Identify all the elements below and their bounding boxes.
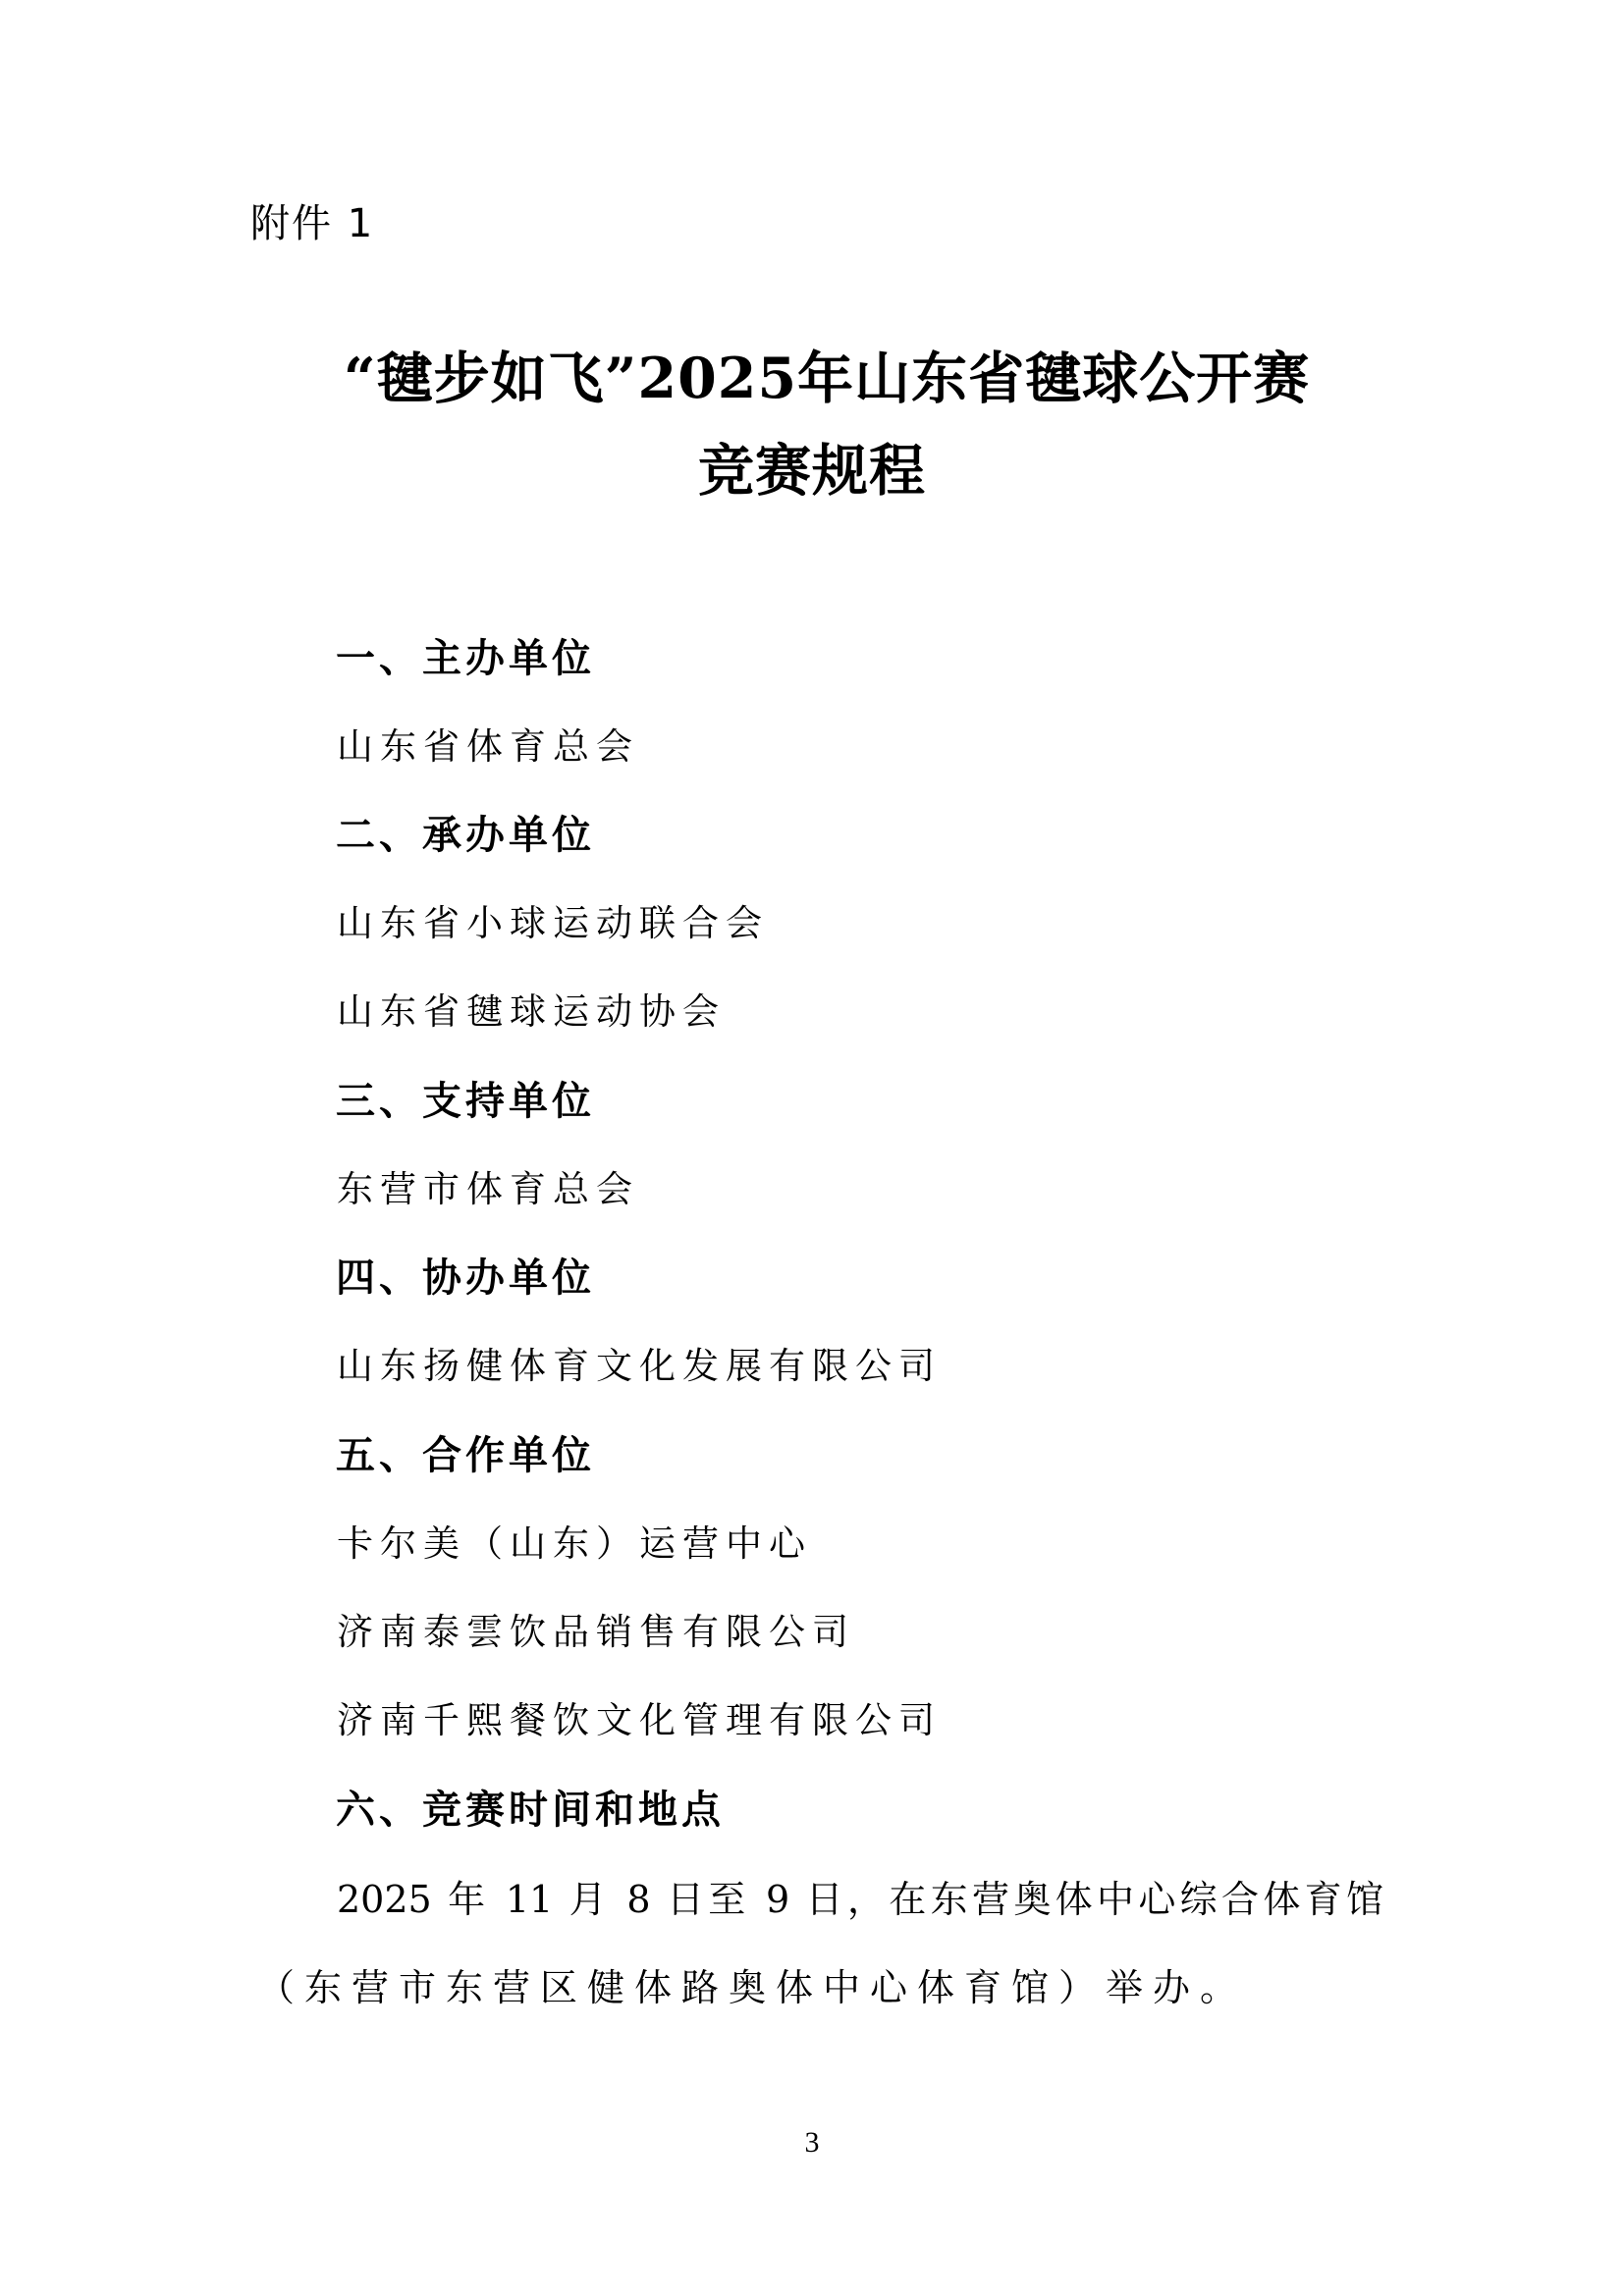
section-heading-support: 三、支持单位: [336, 1082, 595, 1121]
time-venue-paragraph-line-2: （东营市东营区健体路奥体中心体育馆）举办。: [257, 1969, 1247, 2006]
section-heading-host: 二、承办单位: [336, 816, 595, 855]
section-item: 济南泰雲饮品销售有限公司: [337, 1614, 855, 1650]
time-venue-paragraph-line-1: 2025 年 11 月 8 日至 9 日，在东营奥体中心综合体育馆: [337, 1881, 1383, 1918]
section-heading-co-organizer: 四、协办单位: [336, 1258, 595, 1298]
section-item: 山东省毽球运动协会: [337, 993, 726, 1030]
document-title-line-2: 竞赛规程: [0, 443, 1624, 499]
attachment-label: 附件 1: [250, 204, 374, 243]
section-heading-partners: 五、合作单位: [336, 1436, 595, 1475]
section-item: 济南千熙餐饮文化管理有限公司: [337, 1702, 942, 1738]
section-item: 东营市体育总会: [337, 1171, 639, 1207]
page-number: 3: [0, 2128, 1624, 2158]
section-heading-time-venue: 六、竞赛时间和地点: [336, 1790, 725, 1830]
section-item: 卡尔美（山东）运营中心: [337, 1525, 812, 1562]
section-item: 山东省小球运动联合会: [337, 905, 769, 941]
section-item: 山东扬健体育文化发展有限公司: [337, 1348, 942, 1384]
document-title-line-1: “毽步如飞”2025年山东省毽球公开赛: [0, 350, 1624, 406]
document-page: 附件 1 “毽步如飞”2025年山东省毽球公开赛 竞赛规程 一、主办单位 山东省…: [0, 0, 1624, 2296]
section-heading-organizer: 一、主办单位: [336, 639, 595, 678]
section-item: 山东省体育总会: [337, 728, 639, 765]
